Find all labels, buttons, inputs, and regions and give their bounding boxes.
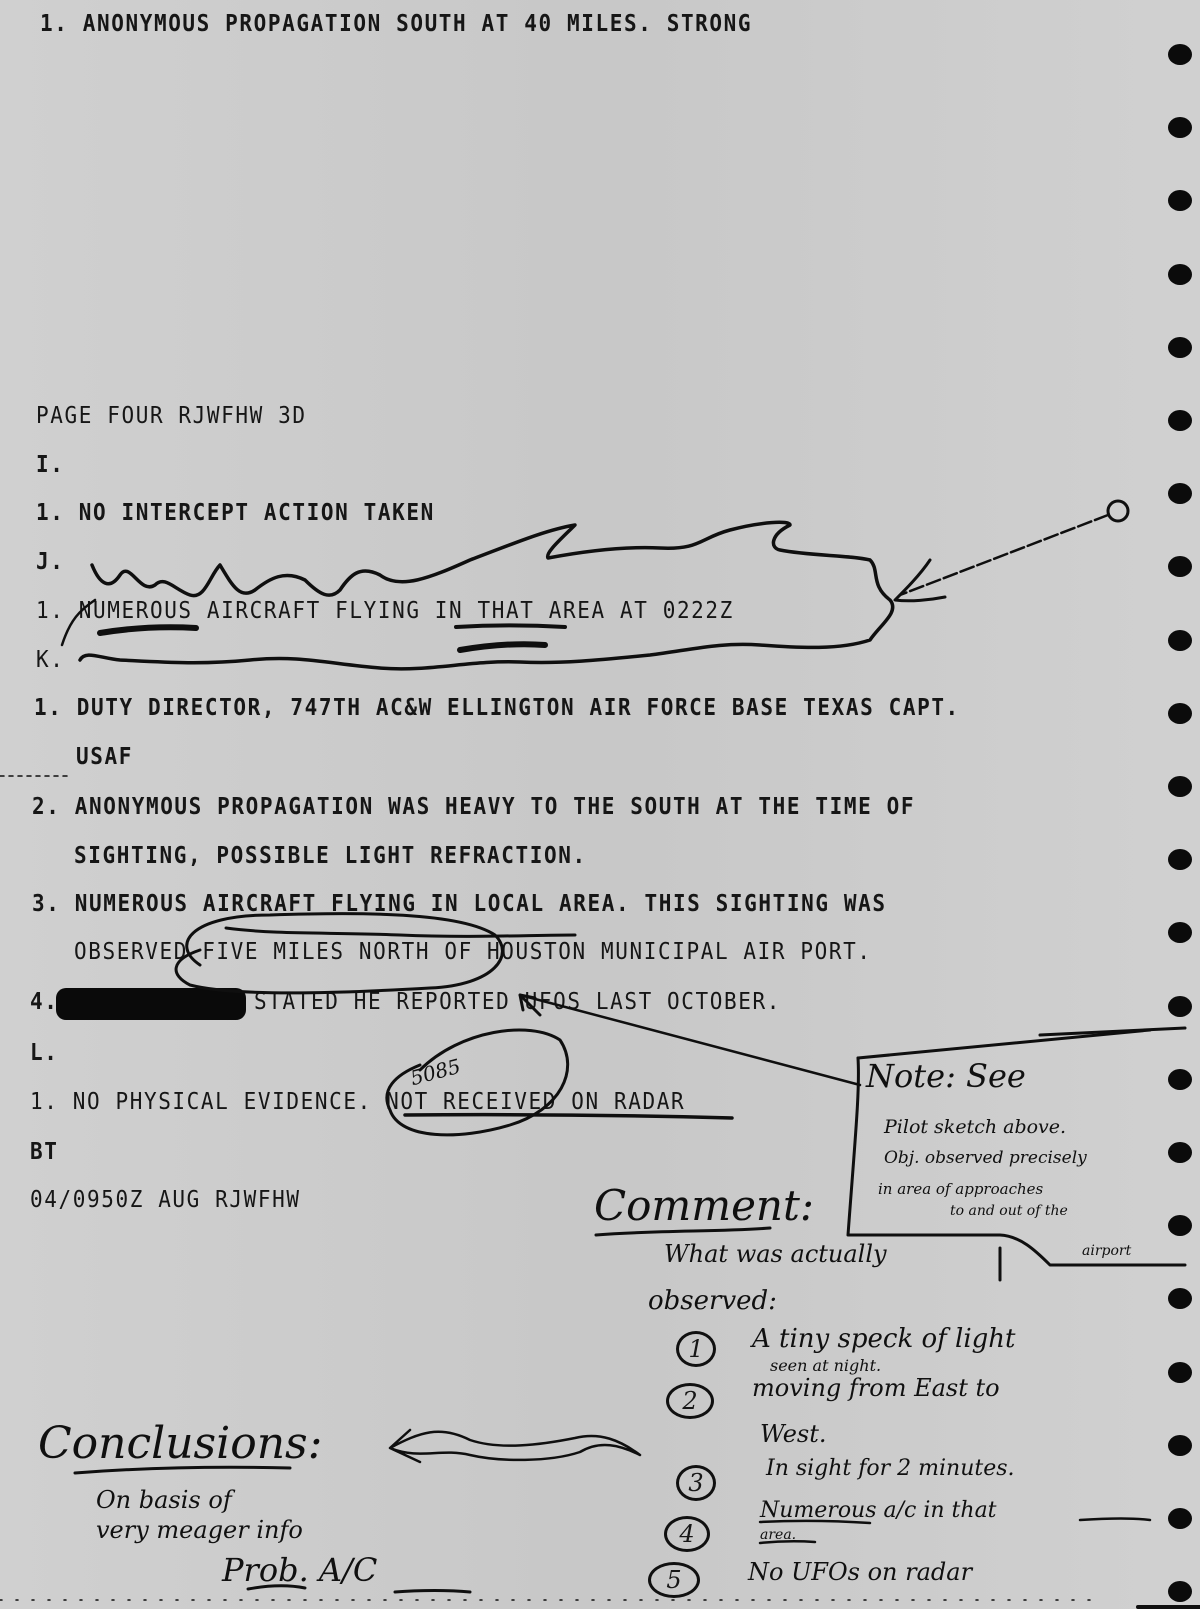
note-line: to and out of the bbox=[950, 1204, 1068, 1218]
sprocket-hole bbox=[1168, 1362, 1192, 1383]
sprocket-hole bbox=[1168, 337, 1192, 358]
sprocket-hole bbox=[1168, 1435, 1192, 1456]
comment-item: In sight for 2 minutes. bbox=[766, 1458, 1015, 1480]
comment-number-circle: 3 bbox=[676, 1465, 716, 1501]
conclusions-line: very meager info bbox=[96, 1518, 303, 1542]
comment-item: Numerous a/c in that bbox=[760, 1500, 997, 1522]
comment-item: A tiny speck of light bbox=[752, 1326, 1015, 1352]
sprocket-hole bbox=[1168, 264, 1192, 285]
conclusions-line: On basis of bbox=[96, 1488, 232, 1512]
typed-line-j1: 1. NUMEROUS AIRCRAFT FLYING IN THAT AREA… bbox=[36, 599, 734, 623]
typed-line-k1-cont: USAF bbox=[76, 745, 133, 769]
comment-number-circle: 5 bbox=[648, 1562, 700, 1598]
page-header: PAGE FOUR RJWFHW 3D bbox=[36, 404, 307, 428]
comment-item: No UFOs on radar bbox=[748, 1560, 972, 1584]
date-time-group: 04/0950Z AUG RJWFHW bbox=[30, 1188, 301, 1212]
typed-line-bt: BT bbox=[30, 1140, 59, 1164]
conclusions-line: Prob. A/C bbox=[222, 1554, 377, 1586]
section-label-j: J. bbox=[36, 550, 65, 574]
comment-item: moving from East to bbox=[752, 1376, 1000, 1400]
sprocket-hole bbox=[1168, 1069, 1192, 1090]
comment-intro: What was actually bbox=[664, 1242, 887, 1266]
sprocket-hole bbox=[1168, 630, 1192, 651]
note-line: in area of approaches bbox=[878, 1182, 1043, 1197]
comment-heading: Comment: bbox=[594, 1185, 814, 1227]
sprocket-hole bbox=[1168, 410, 1192, 431]
comment-intro: observed: bbox=[648, 1288, 777, 1314]
sprocket-hole bbox=[1168, 44, 1192, 65]
typed-line-k3: 3. NUMEROUS AIRCRAFT FLYING IN LOCAL ARE… bbox=[32, 892, 887, 916]
note-heading: Note: See bbox=[866, 1060, 1026, 1092]
note-line: airport bbox=[1082, 1244, 1131, 1258]
typed-line-top-item: 1. ANONYMOUS PROPAGATION SOUTH AT 40 MIL… bbox=[40, 12, 752, 36]
comment-number-circle: 1 bbox=[676, 1331, 716, 1367]
typed-line-i1: 1. NO INTERCEPT ACTION TAKEN bbox=[36, 501, 435, 525]
typed-line-k3-cont: OBSERVED FIVE MILES NORTH OF HOUSTON MUN… bbox=[74, 940, 872, 964]
typed-line-k2: 2. ANONYMOUS PROPAGATION WAS HEAVY TO TH… bbox=[32, 795, 915, 819]
typed-line-k1: 1. DUTY DIRECTOR, 747TH AC&W ELLINGTON A… bbox=[34, 696, 960, 720]
sprocket-hole bbox=[1168, 996, 1192, 1017]
sprocket-hole bbox=[1168, 703, 1192, 724]
comment-number-circle: 2 bbox=[666, 1383, 714, 1419]
typed-line-l1: 1. NO PHYSICAL EVIDENCE. NOT RECEIVED ON… bbox=[30, 1090, 685, 1114]
typed-line-k4-prefix: 4. bbox=[30, 990, 59, 1014]
sprocket-hole bbox=[1168, 776, 1192, 797]
sprocket-hole bbox=[1168, 1142, 1192, 1163]
comment-item: West. bbox=[760, 1422, 827, 1446]
sprocket-hole bbox=[1168, 1508, 1192, 1529]
section-label-k: K. bbox=[36, 648, 65, 672]
section-label-l: L. bbox=[30, 1041, 59, 1065]
typed-line-k2-cont: SIGHTING, POSSIBLE LIGHT REFRACTION. bbox=[74, 844, 587, 868]
note-line: Obj. observed precisely bbox=[884, 1150, 1087, 1167]
typed-line-k4: STATED HE REPORTED UFOS LAST OCTOBER. bbox=[254, 990, 781, 1014]
comment-item: area. bbox=[760, 1528, 796, 1542]
comment-number-circle: 4 bbox=[664, 1516, 710, 1552]
conclusions-heading: Conclusions: bbox=[38, 1422, 322, 1466]
redaction-bar bbox=[56, 988, 246, 1020]
comment-item: seen at night. bbox=[770, 1358, 881, 1374]
section-label-i: I. bbox=[36, 453, 65, 477]
note-line: Pilot sketch above. bbox=[884, 1118, 1066, 1137]
